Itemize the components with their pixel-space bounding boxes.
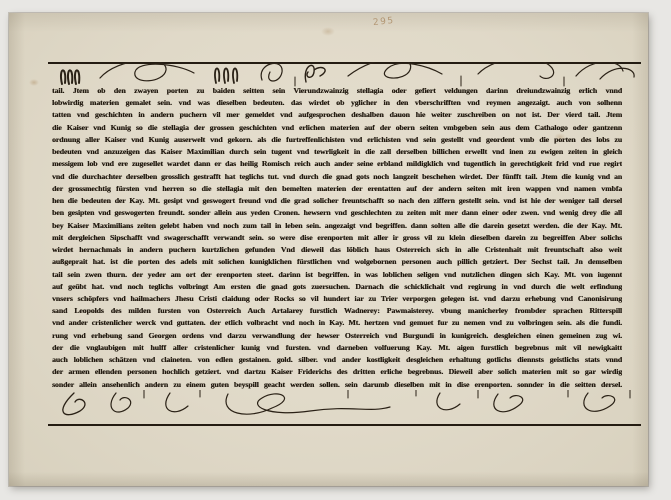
text-line: bedeuten vnd anzuzeigen das Kaiser Maxim… [52,146,622,158]
text-line: lobwirdig materien gemalet sein. vnd was… [52,97,622,109]
text-line: rung vnd erhebung sand Georgen ordens vn… [52,330,622,342]
text-line: tatten vnd geschichten in andern puchern… [52,109,622,121]
text-line: vnd die durchachter derselben grosslich … [52,171,622,183]
calligraphic-flourish-bottom [48,390,642,422]
text-line: tail sein zwen thurn. der yeder am ort d… [52,269,622,281]
text-line: die Kaiser vnd Kunig so die stellagia de… [52,122,622,134]
text-line: vnsers schöpfers vnd hailmachers Jhesu C… [52,293,622,305]
paper-stain [321,27,335,36]
text-line: hen die bedeuten der Kay. Mt. gesipt vnd… [52,195,622,207]
text-line: der die vnglaubigen mit hulff aller cris… [52,342,622,354]
text-block: tail. Jtem ob den zwayen porten zu baide… [52,85,622,391]
bottom-rule [48,424,641,426]
text-line: ben gesipten vnd geswogerten freundt. so… [52,207,622,219]
text-line: bey Kaiser Maximilians zeiten gelebt hab… [52,220,622,232]
text-line: messigem lob vnd ere zugesellet wardet d… [52,158,622,170]
handwritten-number: 295 [373,16,396,28]
text-line: auch loblichen schätzen vnd claineten. v… [52,354,622,366]
paper-sheet: 295 tail. Jtem ob den zwayen porten zu b… [9,13,648,486]
text-line: sonder allein ansehenlich andern zu eine… [52,379,622,391]
text-line: außgeprait hat. ist die porten des adels… [52,256,622,268]
text-line: auf geübt hat. vnd noch teglichs volbrin… [52,281,622,293]
text-line: vnd ander cristenlicher werck vnd guttat… [52,317,622,329]
paper-stain [29,79,39,86]
text-line: der grossmechtig fürsten vnd herren so d… [52,183,622,195]
text-line: sand Leopolds des milden fursten von Ost… [52,305,622,317]
text-line: der armen ellenden personen hochlich get… [52,366,622,378]
text-line: tail. Jtem ob den zwayen porten zu baide… [52,85,622,97]
text-line: mit dergleichen Sipschafft vnd swagersch… [52,232,622,244]
text-line: wirdet hernachmals in andern puchern kur… [52,244,622,256]
page-background: 295 tail. Jtem ob den zwayen porten zu b… [0,0,671,500]
text-line: ordnung aller Kaiser vnd Kunig auserwelt… [52,134,622,146]
top-rule [48,62,641,64]
calligraphic-flourish-top [48,62,642,87]
